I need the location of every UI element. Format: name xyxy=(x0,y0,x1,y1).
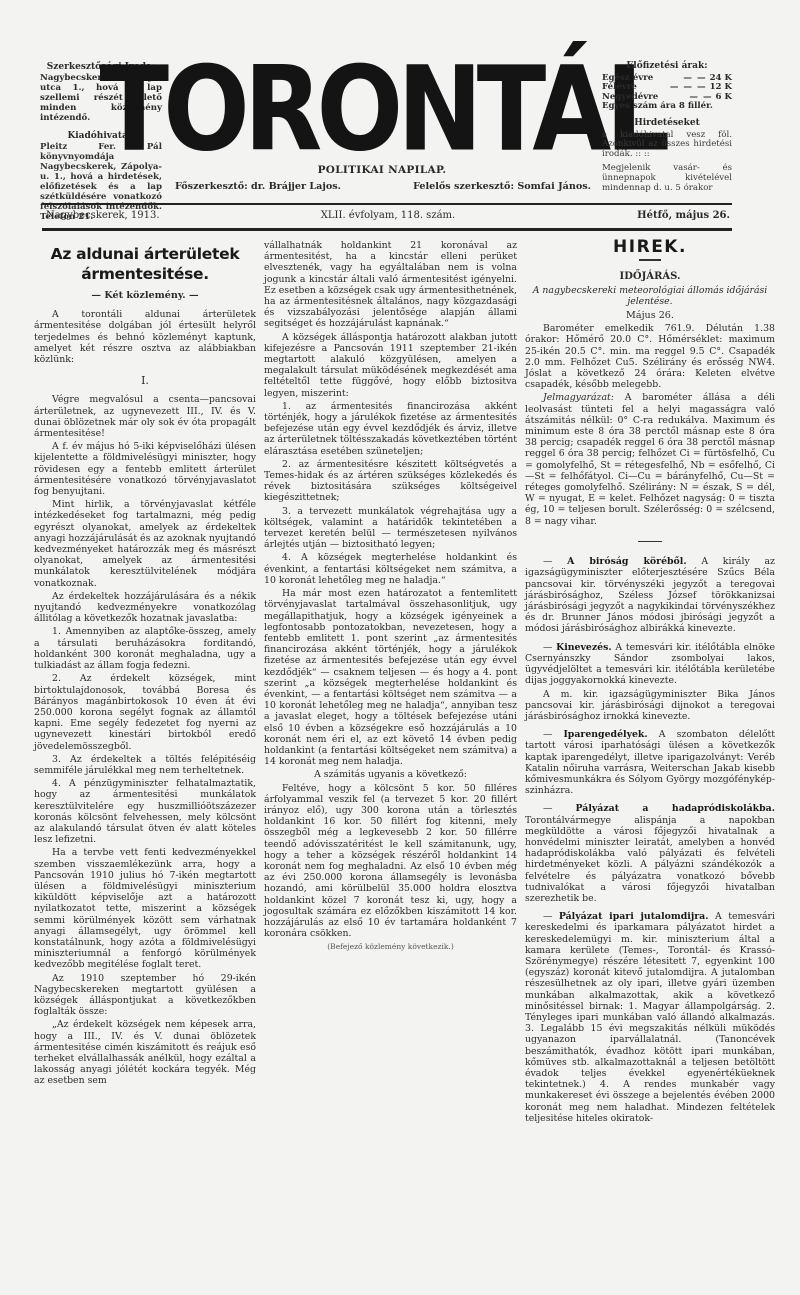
article-headline: Az aldunai árterületek ármentesitése. xyxy=(34,244,256,284)
article-paragraph: 1. az ármentesités financirozása akként … xyxy=(264,401,517,457)
news-item: — A biróság köréből. A király az igazság… xyxy=(525,556,775,634)
article-column-2: vállalhatnák holdankint 21 koronával az … xyxy=(264,240,517,953)
legend-label: Jelmagyarázat: xyxy=(543,392,614,403)
news-item-title: Pályázat ipari jutalomdijra. xyxy=(559,911,709,922)
section-number: I. xyxy=(34,375,256,386)
weather-legend: Jelmagyarázat: A barométer állása a déli… xyxy=(525,392,775,526)
article-intro: A torontáli aldunai árterületek ármentes… xyxy=(34,309,256,365)
weather-report: Barométer emelkedik 761.9. Délután 1.38 … xyxy=(525,323,775,390)
ads-heading: Hirdetéseket xyxy=(602,119,732,129)
article-paragraph: 3. Az érdekeltek a töltés felépitéséig s… xyxy=(34,754,256,776)
prices-heading: Előfizetési árak: xyxy=(602,62,732,72)
news-heading: HIREK. xyxy=(525,242,775,253)
legend-text: A barométer állása a déli leolvasást tün… xyxy=(525,392,775,526)
article-paragraph: vállalhatnák holdankint 21 koronával az … xyxy=(264,240,517,330)
news-item-text: A király az igazságügyminiszter előterje… xyxy=(525,556,775,634)
article-paragraph: 1. Amennyiben az alaptőke-összeg, amely … xyxy=(34,626,256,671)
weather-heading: IDŐJÁRÁS. xyxy=(525,271,775,282)
news-item-title: Kinevezés. xyxy=(556,642,612,653)
editor-in-chief: Főszerkesztő: dr. Brájjer Lajos. xyxy=(175,181,341,192)
schedule-text: Megjelenik vasár- és ünnepnapok kivételé… xyxy=(602,164,732,193)
article-paragraph: A számitás ugyanis a következő: xyxy=(264,769,517,780)
masthead-right-box: Előfizetési árak: Egész évre — — 24 K Fé… xyxy=(602,62,732,198)
section-divider xyxy=(638,541,662,543)
masthead-rule-top xyxy=(42,203,732,205)
news-item-text: A temesvári kereskedelmi és iparkamara p… xyxy=(525,911,775,1124)
article-paragraph: Ha már most ezen határozatot a fentemlit… xyxy=(264,588,517,767)
article-paragraph: Feltéve, hogy a kölcsönt 5 kor. 50 fillé… xyxy=(264,783,517,940)
news-item-title: Iparengedélyek. xyxy=(563,729,647,740)
price-value: 6 K xyxy=(716,93,732,103)
article-paragraph: A f. év május hó 5-iki képviselőházi ülé… xyxy=(34,441,256,497)
weather-subheading: A nagybecskereki meteorológiai állomás i… xyxy=(525,285,775,307)
newspaper-page: Szerkesztőségi Iroda: Nagybecskerek Zápo… xyxy=(0,0,800,1295)
news-item: — Kinevezés. A temesvári kir. itélőtábla… xyxy=(525,642,775,687)
news-column: HIREK. IDŐJÁRÁS. A nagybecskereki meteor… xyxy=(525,240,775,1126)
responsible-editor: Felelős szerkesztő: Somfai János. xyxy=(413,181,591,192)
newspaper-subtitle: POLITIKAI NAPILAP. xyxy=(172,164,592,176)
editors-line: Főszerkesztő: dr. Brájjer Lajos. Felelős… xyxy=(175,181,591,192)
volume-issue: XLII. évfolyam, 118. szám. xyxy=(46,210,730,221)
article-column-1: Az aldunai árterületek ármentesitése. — … xyxy=(34,240,256,1089)
article-paragraph: Mint hirlik, a törvényjavaslat kétféle i… xyxy=(34,499,256,589)
article-paragraph: 3. a tervezett munkálatok végrehajtása u… xyxy=(264,506,517,551)
news-divider xyxy=(639,259,661,261)
article-paragraph: Ha a tervbe vett fenti kedvezményekkel s… xyxy=(34,847,256,970)
article-paragraph: 2. Az érdekelt községek, mint birtoktula… xyxy=(34,673,256,751)
news-item-extra: A m. kir. igazságügyminiszter Bika János… xyxy=(525,689,775,723)
ads-text: a kiadóhivatal vesz föl. Azonkivül az ös… xyxy=(602,131,732,160)
news-item-title: A biróság köréből. xyxy=(567,556,687,567)
news-item: — Pályázat a hadapródiskolákba. Torontál… xyxy=(525,803,775,904)
single-issue-price: Egyes szám ára 8 fillér. xyxy=(602,102,732,112)
article-paragraph: 2. az ármentesitésre készitett költségve… xyxy=(264,459,517,504)
article-paragraph: Az érdekeltek hozzájárulására és a nékik… xyxy=(34,591,256,625)
article-subheadline: — Két közlemény. — xyxy=(34,290,256,301)
article-paragraph: Végre megvalósul a csenta—pancsovai árte… xyxy=(34,394,256,439)
continued-note: (Befejező közlemény következik.) xyxy=(264,941,517,952)
article-paragraph: 4. A pénzügyminiszter felhatalmaztatik, … xyxy=(34,778,256,845)
weather-date: Május 26. xyxy=(525,310,775,321)
article-paragraph: 4. A községek megterhelése holdankint és… xyxy=(264,552,517,586)
dateline: Nagybecskerek, 1913. XLII. évfolyam, 118… xyxy=(46,210,730,221)
news-item-title: Pályázat a hadapródiskolákba. xyxy=(575,803,775,814)
newspaper-title: TORONTÁL xyxy=(176,50,588,169)
article-paragraph: A községek álláspontja határozott alakba… xyxy=(264,332,517,399)
article-paragraph: Az 1910 szeptember hó 29-ikén Nagybecske… xyxy=(34,973,256,1018)
news-item: — Iparengedélyek. A szombaton délelőtt t… xyxy=(525,729,775,796)
article-paragraph: „Az érdekelt községek nem képesek arra, … xyxy=(34,1019,256,1086)
masthead-rule-bottom xyxy=(42,228,732,231)
news-item-text: Torontálvármegye alispánja a napokban me… xyxy=(525,815,775,904)
news-item: — Pályázat ipari jutalomdijra. A temesvá… xyxy=(525,911,775,1124)
